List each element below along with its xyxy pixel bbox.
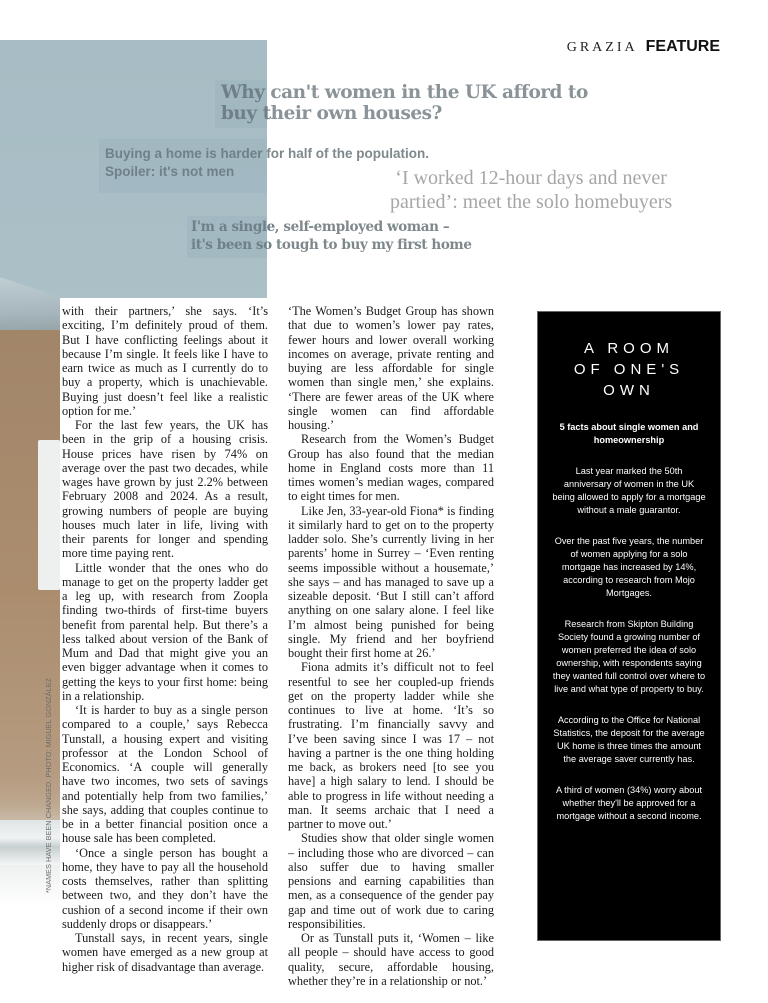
headline-line-1: ‘I worked 12-hour days and never (390, 166, 672, 190)
paragraph: Like Jen, 33-year-old Fiona* is finding … (288, 504, 494, 661)
paragraph: Little wonder that the ones who do manag… (62, 561, 268, 704)
article-column-2: ‘The Women’s Budget Group has shown that… (288, 304, 494, 988)
sidebar-fact: According to the Office for National Sta… (552, 714, 706, 766)
headline-line-2: partied’: meet the solo homebuyers (390, 190, 672, 214)
paragraph: Fiona admits it’s difficult not to feel … (288, 660, 494, 831)
paragraph: Research from the Women’s Budget Group h… (288, 432, 494, 503)
sidebar-fact: A third of women (34%) worry about wheth… (552, 784, 706, 823)
brand-logo: GRAZIA (567, 40, 638, 56)
paragraph: Studies show that older single women – i… (288, 831, 494, 931)
headline-self-employed-woman: I'm a single, self-employed woman – it's… (191, 219, 472, 254)
headline-line-1: Buying a home is harder for half of the … (105, 145, 429, 163)
headline-line-1: I'm a single, self-employed woman – (191, 219, 472, 237)
headline-line-2: Spoiler: it's not men (105, 163, 429, 181)
sidebar-fact: Research from Skipton Building Society f… (552, 618, 706, 696)
section-label: FEATURE (646, 38, 720, 56)
sidebar-title: A ROOM OF ONE'S OWN (538, 338, 720, 401)
headline-line-2: it's been so tough to buy my first home (191, 237, 472, 255)
article-column-1: with their partners,’ she says. ‘It’s ex… (62, 304, 268, 974)
headline-why-cant-women: Why can't women in the UK afford to buy … (221, 82, 588, 125)
paragraph: ‘The Women’s Budget Group has shown that… (288, 304, 494, 432)
paragraph: ‘Once a single person has bought a home,… (62, 846, 268, 932)
photo-window-frame (38, 440, 60, 590)
sidebar-a-room-of-ones-own: A ROOM OF ONE'S OWN 5 facts about single… (537, 311, 721, 941)
headline-buying-a-home: Buying a home is harder for half of the … (105, 145, 429, 180)
sidebar-subtitle: 5 facts about single women and homeowner… (548, 421, 710, 447)
paragraph: For the last few years, the UK has been … (62, 418, 268, 561)
paragraph: with their partners,’ she says. ‘It’s ex… (62, 304, 268, 418)
headline-line-2: buy their own houses? (221, 103, 588, 124)
headline-12-hour-days: ‘I worked 12-hour days and never partied… (390, 166, 672, 214)
paragraph: Tunstall says, in recent years, single w… (62, 931, 268, 974)
paragraph: ‘It is harder to buy as a single person … (62, 703, 268, 846)
headline-line-1: Why can't women in the UK afford to (221, 82, 588, 103)
photo-credit: *NAMES HAVE BEEN CHANGED. PHOTO: MIGUEL … (44, 678, 53, 893)
masthead: GRAZIA FEATURE (567, 38, 720, 56)
paragraph: Or as Tunstall puts it, ‘Women – like al… (288, 931, 494, 988)
sidebar-fact: Over the past five years, the number of … (552, 535, 706, 600)
sidebar-fact: Last year marked the 50th anniversary of… (552, 465, 706, 517)
